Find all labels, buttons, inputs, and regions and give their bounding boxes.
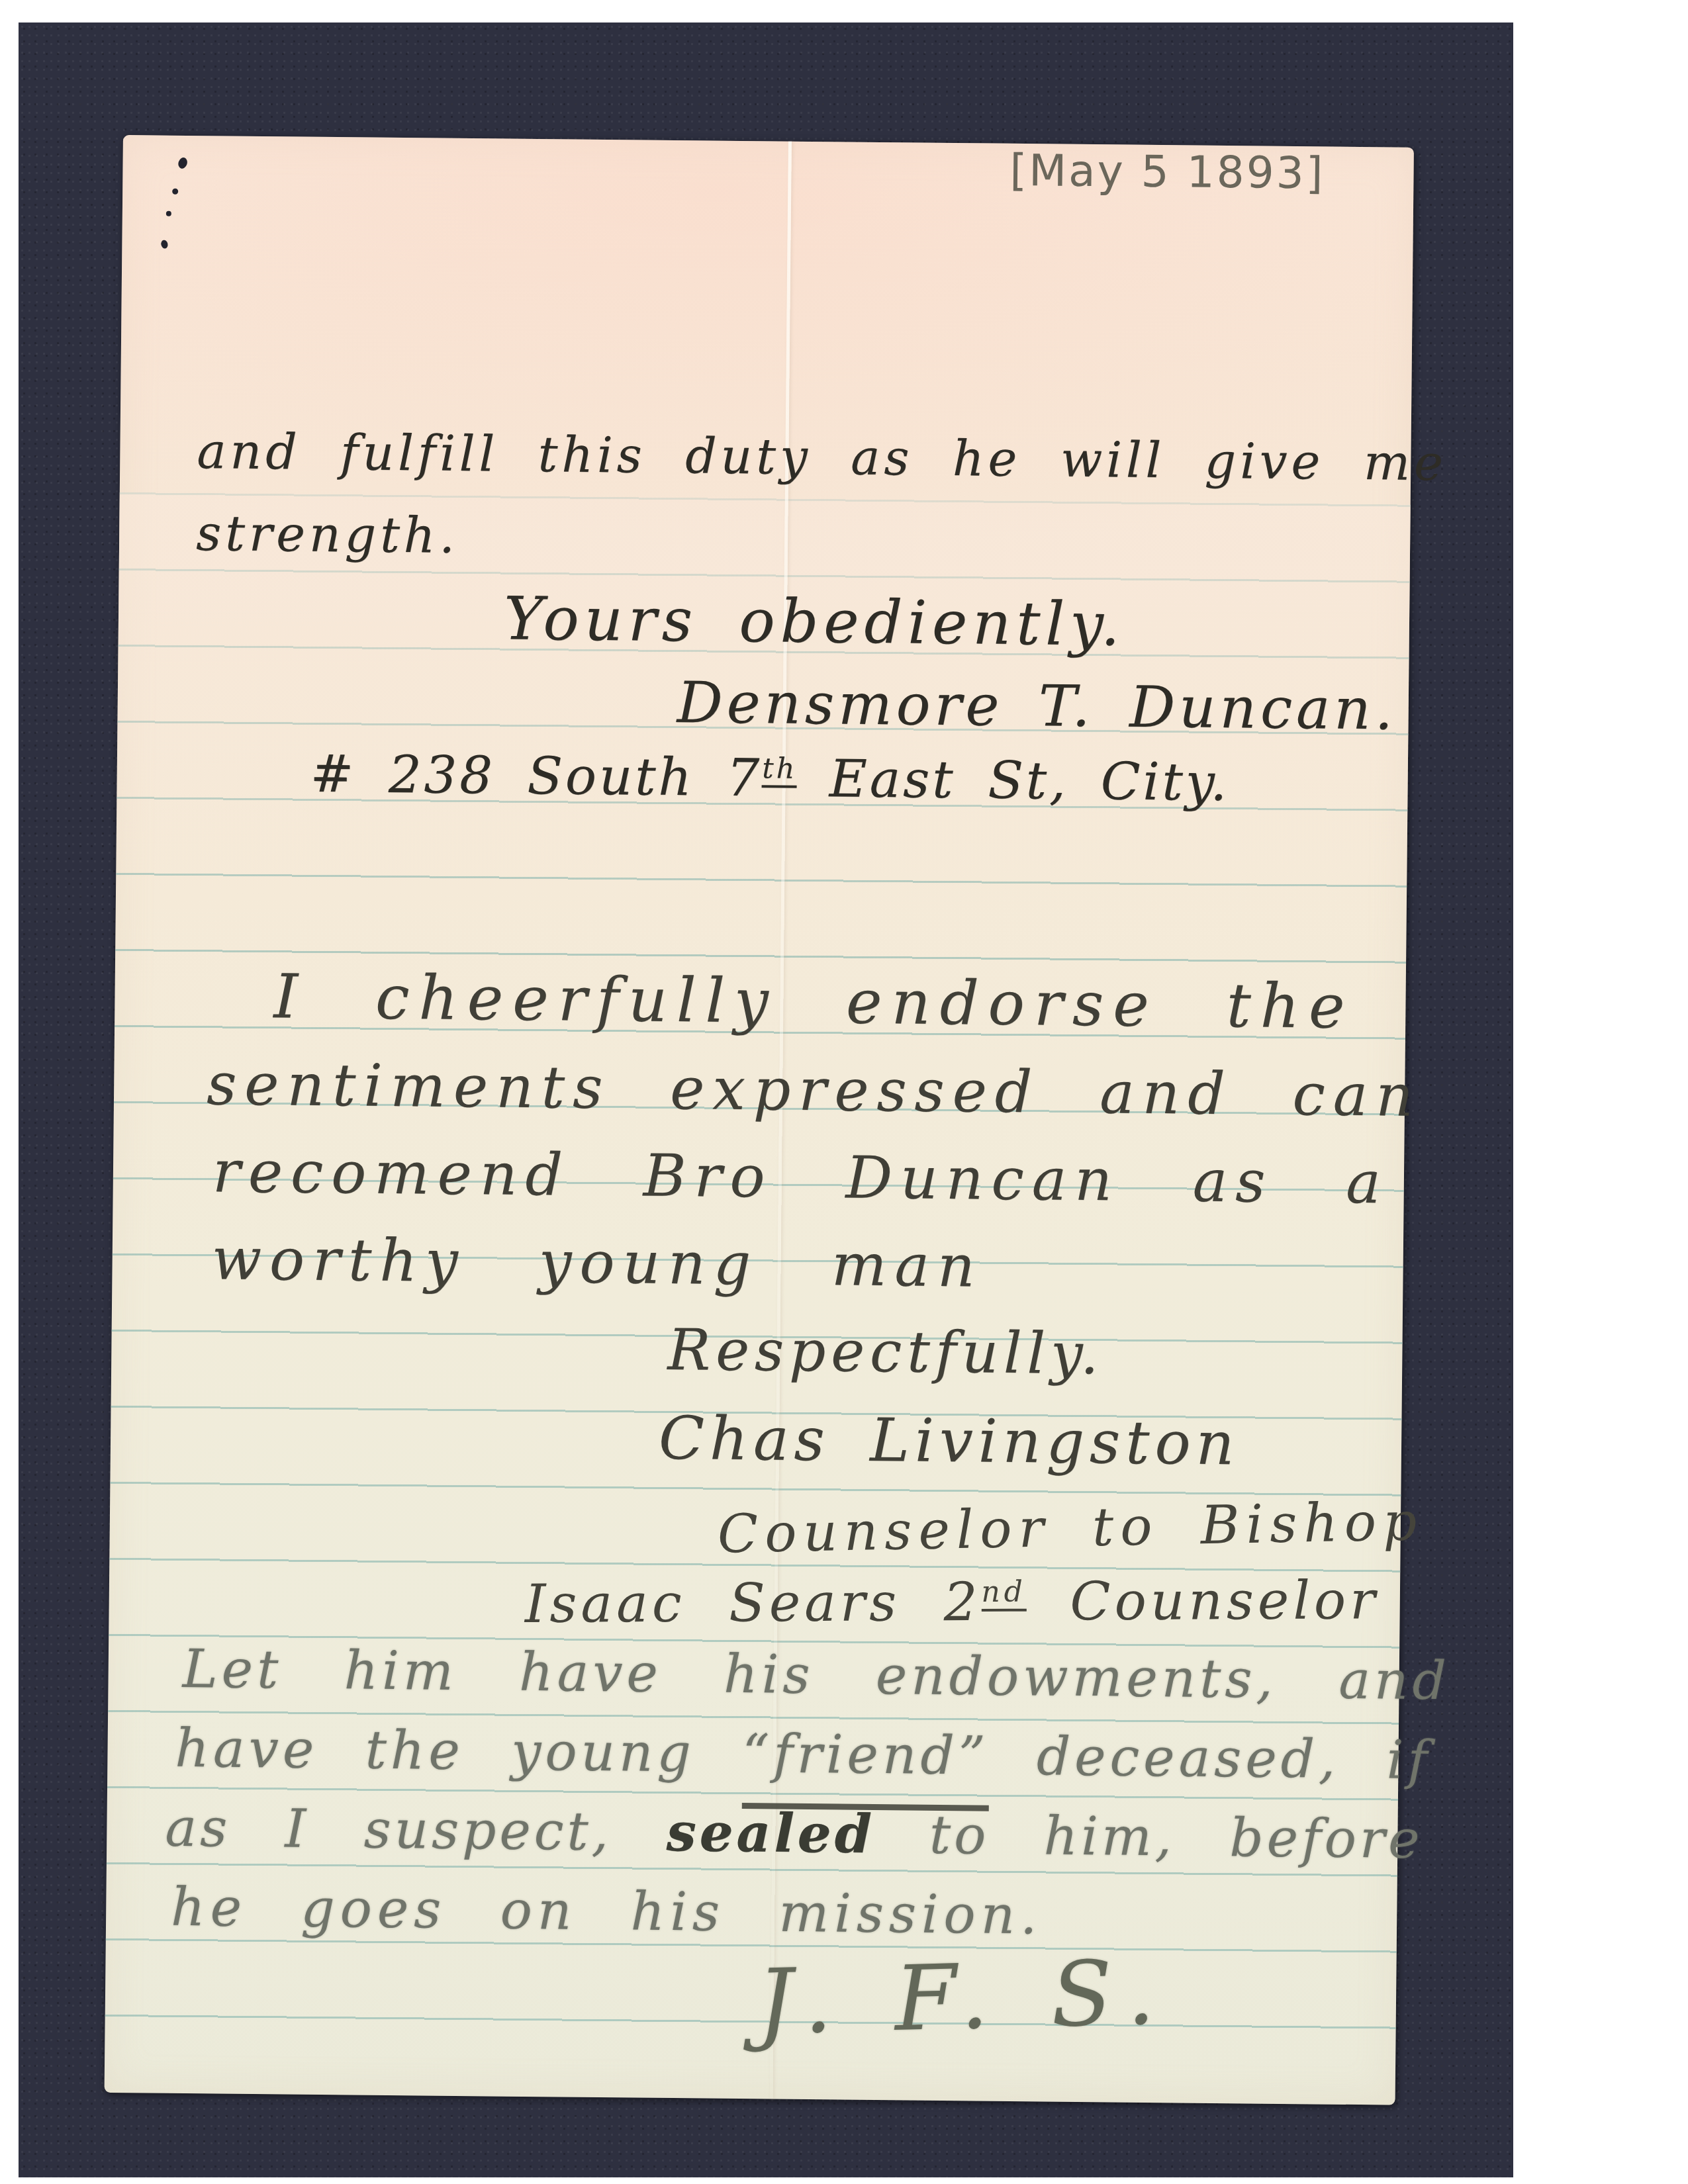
note-initials: J. F. S. [756,1942,1173,2052]
note-line-4: he goes on his mission. [171,1878,1043,1945]
archival-date-annotation: [May 5 1893] [1009,145,1325,199]
note-line-2-before: have the young [175,1717,743,1784]
endorsement-valediction: Respectfully. [667,1318,1104,1387]
note-line-1: Let him have his endowments, and [182,1639,1450,1711]
document-scan: { "scan": { "date_annotation": "[May 5 1… [0,0,1688,2184]
endorsement-line-4: worthy young man [211,1226,983,1299]
endorsement-signature: Chas Livingston [659,1406,1240,1478]
note-line-2: have the young “friend” deceased, if [175,1719,1431,1790]
endorsement-cosigner: Isaac Sears 2nd Counselor [525,1570,1380,1633]
letter-signature: Densmore T. Duncan. [677,671,1397,742]
cosigner-suffix: Counselor [1027,1569,1380,1632]
address-suffix: East St, City. [797,749,1230,813]
address-prefix: # 238 South 7 [310,745,762,809]
note-line-3: as I suspect, sealed to him, before [165,1798,1423,1870]
endorsement-signature-title: Counselor to Bishop [717,1492,1424,1564]
letter-line-1: and fulfill this duty as he will give me [197,424,1447,491]
letter-address: # 238 South 7th East St, City. [310,746,1229,813]
photo-mat-background: [May 5 1893] and fulfill this duty as he… [19,23,1513,2177]
letter-page: [May 5 1893] and fulfill this duty as he… [105,135,1414,2105]
note-line-3-before: as I suspect, [165,1797,667,1863]
address-superscript: th [762,752,797,788]
cosigner-prefix: Isaac Sears 2 [525,1571,982,1635]
note-line-2-after: deceased, if [989,1725,1431,1791]
note-emphasized-word-sealed: sealed [666,1801,875,1865]
pin-hole [166,211,171,216]
endorsement-line-2: sentiments expressed and can [207,1052,1422,1128]
cosigner-superscript: nd [981,1575,1027,1612]
pin-hole [172,189,178,195]
endorsement-line-3: recomend Bro Duncan as a [212,1139,1389,1216]
note-underlined-word-friend: “friend” [741,1723,990,1811]
note-line-3-after: to him, before [874,1803,1423,1870]
pin-hole [160,240,168,250]
pin-hole [177,156,189,169]
letter-line-2: strength. [196,506,459,564]
endorsement-line-1: I cheerfully endorse the [273,962,1354,1041]
letter-valediction: Yours obediently. [504,586,1126,659]
